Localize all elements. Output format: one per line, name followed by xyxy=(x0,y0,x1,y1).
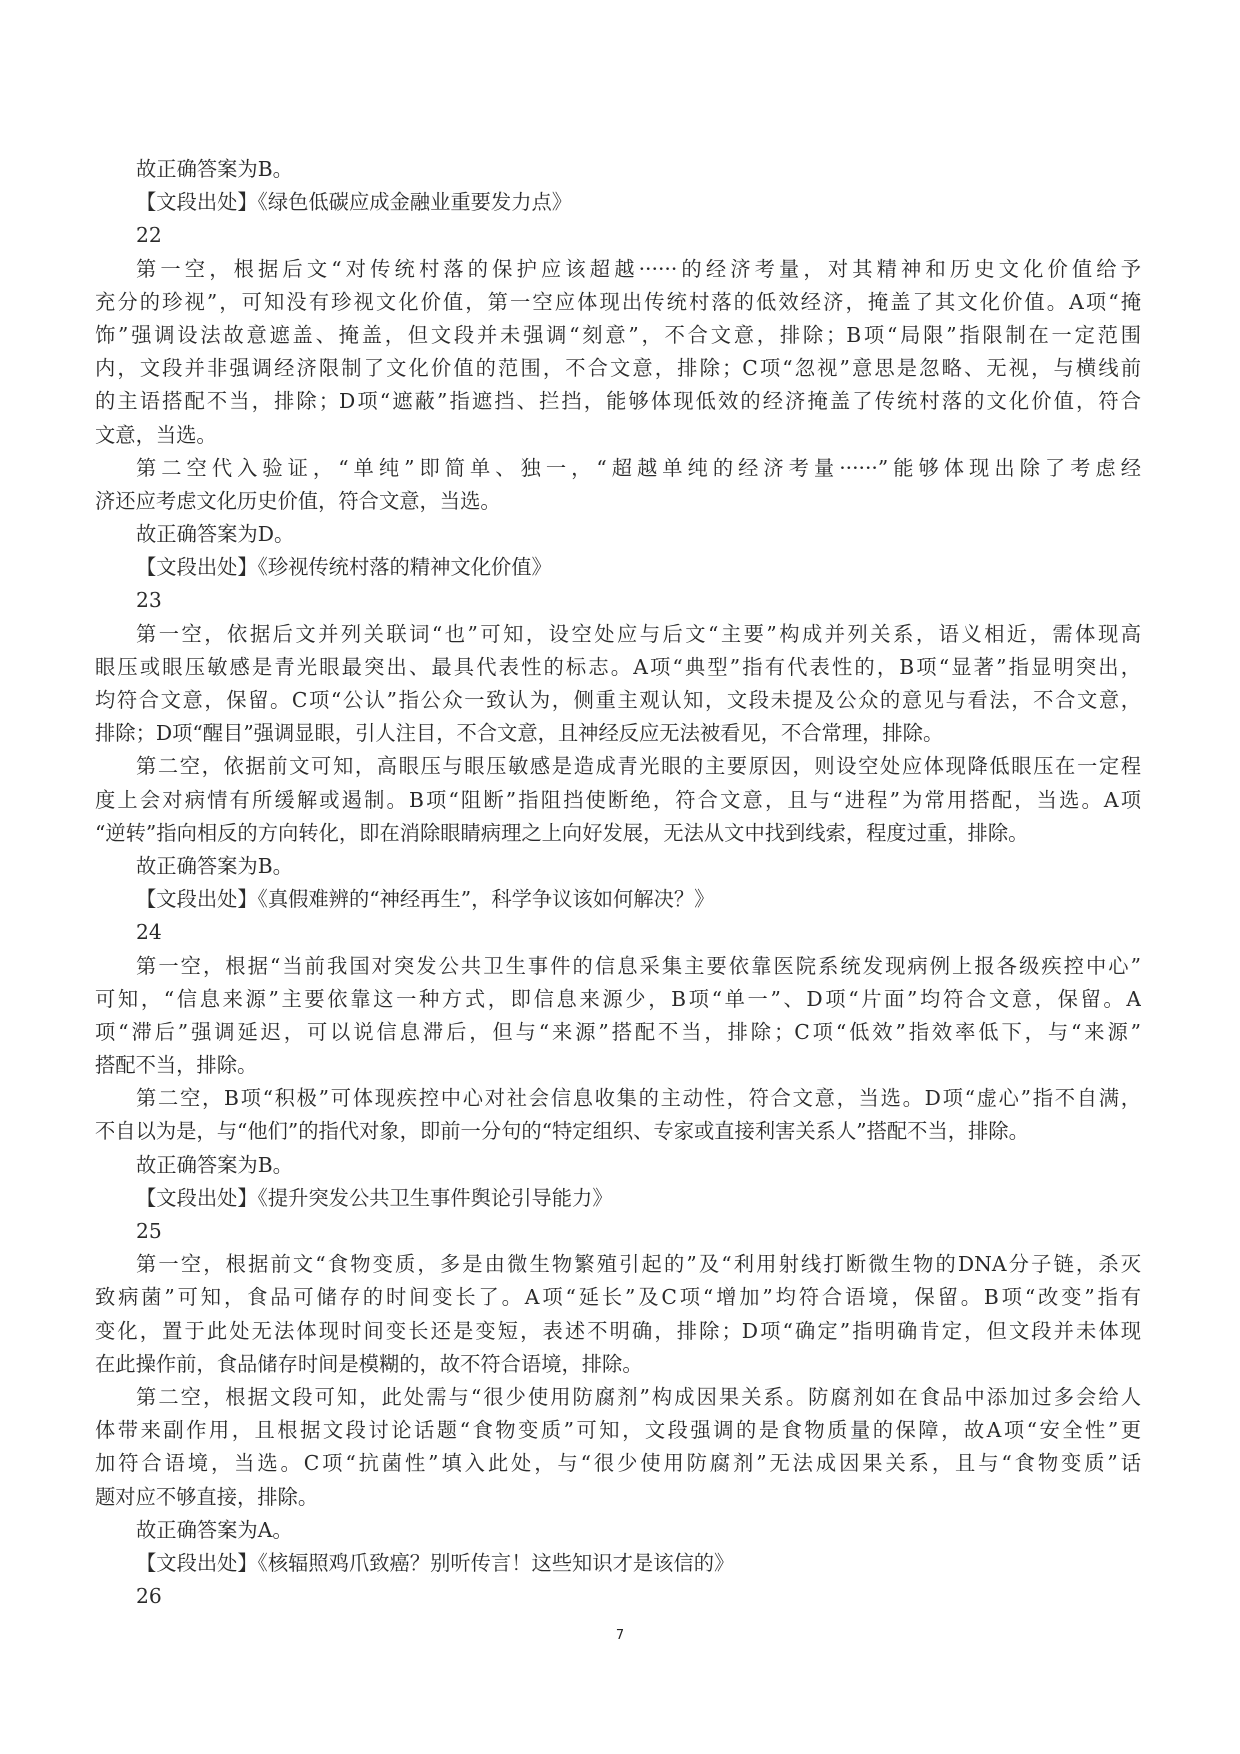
text-line: 【文段出处】《真假难辨的“神经再生”，科学争议该如何解决？》 xyxy=(95,883,1141,916)
explanation-paragraph: 第二空代入验证，“单纯”即简单、独一，“超越单纯的经济考量······”能够体现… xyxy=(95,452,1141,518)
explanation-paragraph: 第二空，依据前文可知，高眼压与眼压敏感是造成青光眼的主要原因，则设空处应体现降低… xyxy=(95,750,1141,850)
text-line: “逆转”指向相反的方向转化，即在消除眼睛病理之上向好发展，无法从文中找到线索，程… xyxy=(95,817,1141,850)
question-number: 25 xyxy=(95,1215,1141,1248)
text-line: 26 xyxy=(95,1580,1141,1613)
question-number: 24 xyxy=(95,916,1141,949)
answer-line: 故正确答案为D。 xyxy=(95,518,1141,551)
explanation-paragraph: 第一空，根据前文“食物变质，多是由微生物繁殖引起的”及“利用射线打断微生物的DN… xyxy=(95,1248,1141,1381)
text-line: 不自以为是，与“他们”的指代对象，即前一分句的“特定组织、专家或直接利害关系人”… xyxy=(95,1115,1141,1148)
page-number: 7 xyxy=(0,1628,1240,1643)
text-line: 23 xyxy=(95,584,1141,617)
document-page: 故正确答案为B。【文段出处】《绿色低碳应成金融业重要发力点》22第一空，根据后文… xyxy=(95,153,1141,1613)
text-line: 度上会对病情有所缓解或遏制。B项“阻断”指阻挡使断绝，符合文意，且与“进程”为常… xyxy=(95,784,1141,817)
text-line: 文意，当选。 xyxy=(95,419,1141,452)
text-line: 25 xyxy=(95,1215,1141,1248)
text-line: 【文段出处】《绿色低碳应成金融业重要发力点》 xyxy=(95,186,1141,219)
text-line: 内，文段并非强调经济限制了文化价值的范围，不合文意，排除；C项“忽视”意思是忽略… xyxy=(95,352,1141,385)
source-citation: 【文段出处】《绿色低碳应成金融业重要发力点》 xyxy=(95,186,1141,219)
text-line: 均符合文意，保留。C项“公认”指公众一致认为，侧重主观认知，文段未提及公众的意见… xyxy=(95,684,1141,717)
text-line: 故正确答案为D。 xyxy=(95,518,1141,551)
explanation-paragraph: 第一空，依据后文并列关联词“也”可知，设空处应与后文“主要”构成并列关系，语义相… xyxy=(95,618,1141,751)
text-line: 第一空，根据“当前我国对突发公共卫生事件的信息采集主要依靠医院系统发现病例上报各… xyxy=(95,950,1141,983)
text-line: 的主语搭配不当，排除；D项“遮蔽”指遮挡、拦挡，能够体现低效的经济掩盖了传统村落… xyxy=(95,385,1141,418)
text-line: 第二空，B项“积极”可体现疾控中心对社会信息收集的主动性，符合文意，当选。D项“… xyxy=(95,1082,1141,1115)
text-line: 第二空，依据前文可知，高眼压与眼压敏感是造成青光眼的主要原因，则设空处应体现降低… xyxy=(95,750,1141,783)
source-citation: 【文段出处】《提升突发公共卫生事件舆论引导能力》 xyxy=(95,1182,1141,1215)
text-line: 【文段出处】《核辐照鸡爪致癌？别听传言！这些知识才是该信的》 xyxy=(95,1547,1141,1580)
text-line: 题对应不够直接，排除。 xyxy=(95,1481,1141,1514)
text-line: 搭配不当，排除。 xyxy=(95,1049,1141,1082)
text-line: 22 xyxy=(95,219,1141,252)
text-line: 24 xyxy=(95,916,1141,949)
answer-line: 故正确答案为B。 xyxy=(95,153,1141,186)
text-line: 第二空，根据文段可知，此处需与“很少使用防腐剂”构成因果关系。防腐剂如在食品中添… xyxy=(95,1381,1141,1414)
text-line: 第一空，根据前文“食物变质，多是由微生物繁殖引起的”及“利用射线打断微生物的DN… xyxy=(95,1248,1141,1281)
answer-line: 故正确答案为B。 xyxy=(95,1149,1141,1182)
text-line: 济还应考虑文化历史价值，符合文意，当选。 xyxy=(95,485,1141,518)
text-line: 【文段出处】《珍视传统村落的精神文化价值》 xyxy=(95,551,1141,584)
text-line: 体带来副作用，且根据文段讨论话题“食物变质”可知，文段强调的是食物质量的保障，故… xyxy=(95,1414,1141,1447)
text-line: 项“滞后”强调延迟，可以说信息滞后，但与“来源”搭配不当，排除；C项“低效”指效… xyxy=(95,1016,1141,1049)
question-number: 26 xyxy=(95,1580,1141,1613)
source-citation: 【文段出处】《真假难辨的“神经再生”，科学争议该如何解决？》 xyxy=(95,883,1141,916)
explanation-paragraph: 第二空，根据文段可知，此处需与“很少使用防腐剂”构成因果关系。防腐剂如在食品中添… xyxy=(95,1381,1141,1514)
text-line: 可知，“信息来源”主要依靠这一种方式，即信息来源少，B项“单一”、D项“片面”均… xyxy=(95,983,1141,1016)
text-line: 充分的珍视”，可知没有珍视文化价值，第一空应体现出传统村落的低效经济，掩盖了其文… xyxy=(95,286,1141,319)
answer-line: 故正确答案为B。 xyxy=(95,850,1141,883)
text-line: 故正确答案为B。 xyxy=(95,1149,1141,1182)
text-line: 故正确答案为B。 xyxy=(95,153,1141,186)
text-line: 排除；D项“醒目”强调显眼，引人注目，不合文意，且神经反应无法被看见，不合常理，… xyxy=(95,717,1141,750)
explanation-paragraph: 第一空，根据后文“对传统村落的保护应该超越······的经济考量，对其精神和历史… xyxy=(95,253,1141,452)
question-number: 22 xyxy=(95,219,1141,252)
explanation-paragraph: 第二空，B项“积极”可体现疾控中心对社会信息收集的主动性，符合文意，当选。D项“… xyxy=(95,1082,1141,1148)
text-line: 致病菌”可知，食品可储存的时间变长了。A项“延长”及C项“增加”均符合语境，保留… xyxy=(95,1281,1141,1314)
text-line: 饰”强调设法故意遮盖、掩盖，但文段并未强调“刻意”，不合文意，排除；B项“局限”… xyxy=(95,319,1141,352)
text-line: 第一空，根据后文“对传统村落的保护应该超越······的经济考量，对其精神和历史… xyxy=(95,253,1141,286)
source-citation: 【文段出处】《核辐照鸡爪致癌？别听传言！这些知识才是该信的》 xyxy=(95,1547,1141,1580)
answer-line: 故正确答案为A。 xyxy=(95,1514,1141,1547)
explanation-paragraph: 第一空，根据“当前我国对突发公共卫生事件的信息采集主要依靠医院系统发现病例上报各… xyxy=(95,950,1141,1083)
text-line: 加符合语境，当选。C项“抗菌性”填入此处，与“很少使用防腐剂”无法成因果关系，且… xyxy=(95,1447,1141,1480)
text-line: 故正确答案为A。 xyxy=(95,1514,1141,1547)
text-line: 故正确答案为B。 xyxy=(95,850,1141,883)
text-line: 【文段出处】《提升突发公共卫生事件舆论引导能力》 xyxy=(95,1182,1141,1215)
text-line: 第二空代入验证，“单纯”即简单、独一，“超越单纯的经济考量······”能够体现… xyxy=(95,452,1141,485)
text-line: 在此操作前，食品储存时间是模糊的，故不符合语境，排除。 xyxy=(95,1348,1141,1381)
text-line: 第一空，依据后文并列关联词“也”可知，设空处应与后文“主要”构成并列关系，语义相… xyxy=(95,618,1141,651)
text-line: 眼压或眼压敏感是青光眼最突出、最具代表性的标志。A项“典型”指有代表性的，B项“… xyxy=(95,651,1141,684)
text-line: 变化，置于此处无法体现时间变长还是变短，表述不明确，排除；D项“确定”指明确肯定… xyxy=(95,1315,1141,1348)
question-number: 23 xyxy=(95,584,1141,617)
source-citation: 【文段出处】《珍视传统村落的精神文化价值》 xyxy=(95,551,1141,584)
